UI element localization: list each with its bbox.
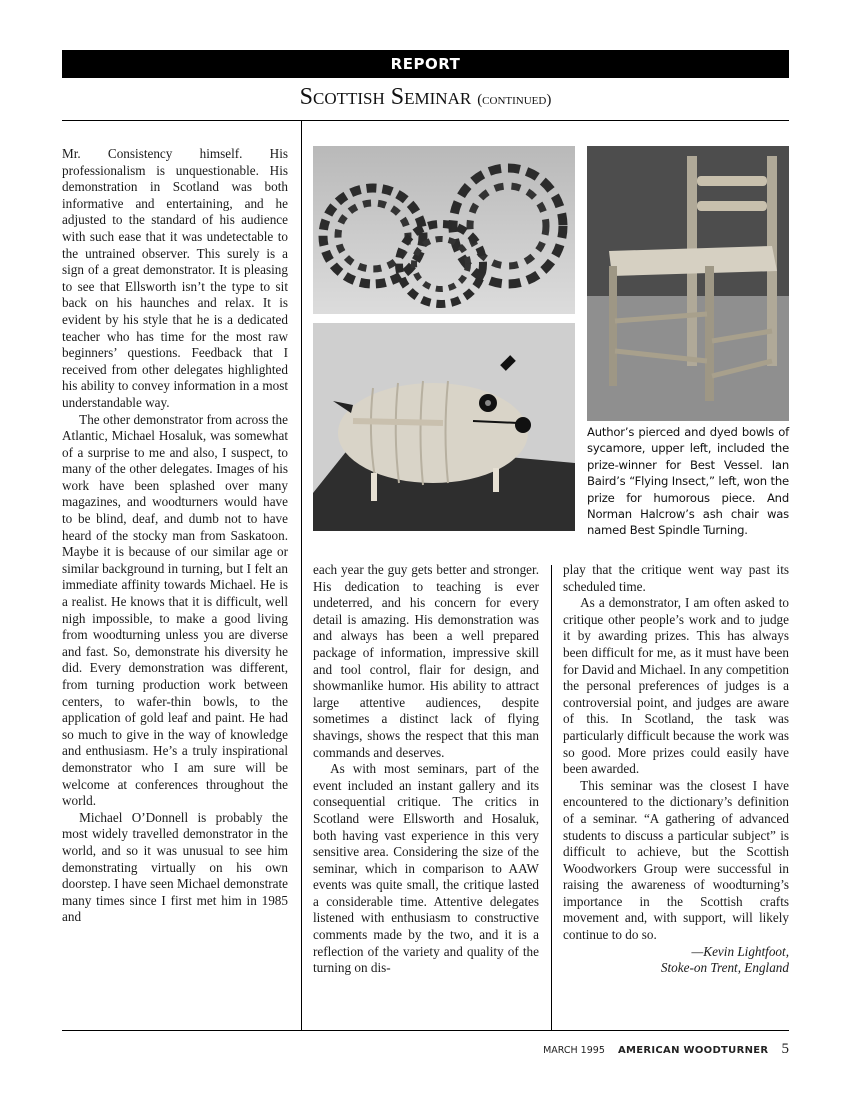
column-divider-2 — [551, 565, 552, 1030]
top-rule — [62, 120, 789, 121]
section-label: REPORT — [391, 55, 461, 73]
issue-date: MARCH 1995 — [543, 1045, 605, 1056]
title-main: Scottish Seminar — [300, 84, 472, 110]
photo-pierced-bowls — [313, 146, 575, 314]
paragraph: Mr. Consistency himself. His professiona… — [62, 146, 288, 412]
author-signature: —Kevin Lightfoot, — [563, 944, 789, 961]
author-location: Stoke-on Trent, England — [563, 960, 789, 977]
magazine-name: AMERICAN WOODTURNER — [618, 1045, 768, 1056]
paragraph: play that the critique went way past its… — [563, 562, 789, 595]
page-footer: MARCH 1995 AMERICAN WOODTURNER 5 — [543, 1038, 789, 1058]
paragraph: This seminar was the closest I have enco… — [563, 778, 789, 944]
paragraph: As a demonstrator, I am often asked to c… — [563, 595, 789, 778]
text-column-3: play that the critique went way past its… — [563, 562, 789, 977]
photo-ash-chair — [587, 146, 789, 421]
bottom-rule — [62, 1030, 789, 1031]
paragraph: each year the guy gets better and strong… — [313, 562, 539, 761]
page-number: 5 — [782, 1041, 790, 1057]
column-divider-1 — [301, 120, 302, 1030]
text-column-1: Mr. Consistency himself. His professiona… — [62, 146, 288, 926]
text-column-2: each year the guy gets better and strong… — [313, 562, 539, 977]
photo-caption: Author’s pierced and dyed bowls of sycam… — [587, 424, 789, 539]
paragraph: The other demonstrator from across the A… — [62, 412, 288, 810]
photo-flying-insect — [313, 323, 575, 531]
article-title: Scottish Seminar (continued) — [62, 84, 789, 111]
paragraph: Michael O’Donnell is probably the most w… — [62, 810, 288, 926]
title-suffix: (continued) — [477, 92, 551, 108]
section-banner: REPORT — [62, 50, 789, 78]
paragraph: As with most seminars, part of the event… — [313, 761, 539, 977]
